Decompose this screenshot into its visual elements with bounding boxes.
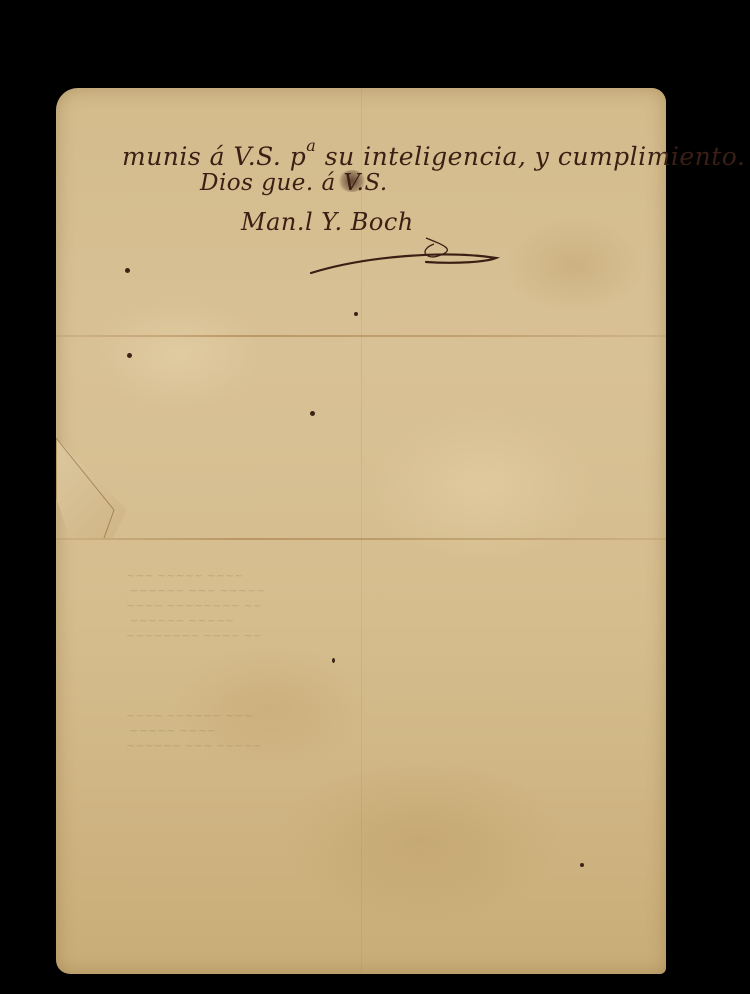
superscript-abbrev: a: [306, 136, 316, 155]
folded-corner-edge: [56, 438, 136, 538]
ink-spot: [310, 411, 315, 416]
ink-spot: [125, 268, 130, 273]
handwriting-line-1: munis á V.S. pa su inteligencia, y cumpl…: [122, 136, 745, 171]
ink-spot: [354, 312, 358, 316]
handwriting-line-2: Dios gue. á V.S.: [200, 170, 388, 196]
handwriting-text: su inteligencia, y cumplimiento.: [316, 142, 745, 171]
ink-spot: [332, 658, 335, 663]
signature-flourish: [306, 228, 506, 278]
ink-spot: [580, 863, 584, 867]
letter-page: ~~~ ~~~~~ ~~~~ ~~~~~~ ~~~ ~~~~~ ~~~~ ~~~…: [56, 88, 666, 974]
bleed-through-text-block: ~~~ ~~~~~ ~~~~ ~~~~~~ ~~~ ~~~~~ ~~~~ ~~~…: [126, 568, 266, 643]
horizontal-fold-crease-upper: [56, 335, 666, 337]
ink-spot: [127, 353, 132, 358]
horizontal-fold-crease-lower: [56, 538, 666, 540]
bleed-through-text-block: ~~~~ ~~~~~~ ~~~ ~~~~~ ~~~~ ~~~~~~ ~~~ ~~…: [126, 708, 262, 753]
handwriting-text: munis á V.S. p: [122, 142, 306, 171]
